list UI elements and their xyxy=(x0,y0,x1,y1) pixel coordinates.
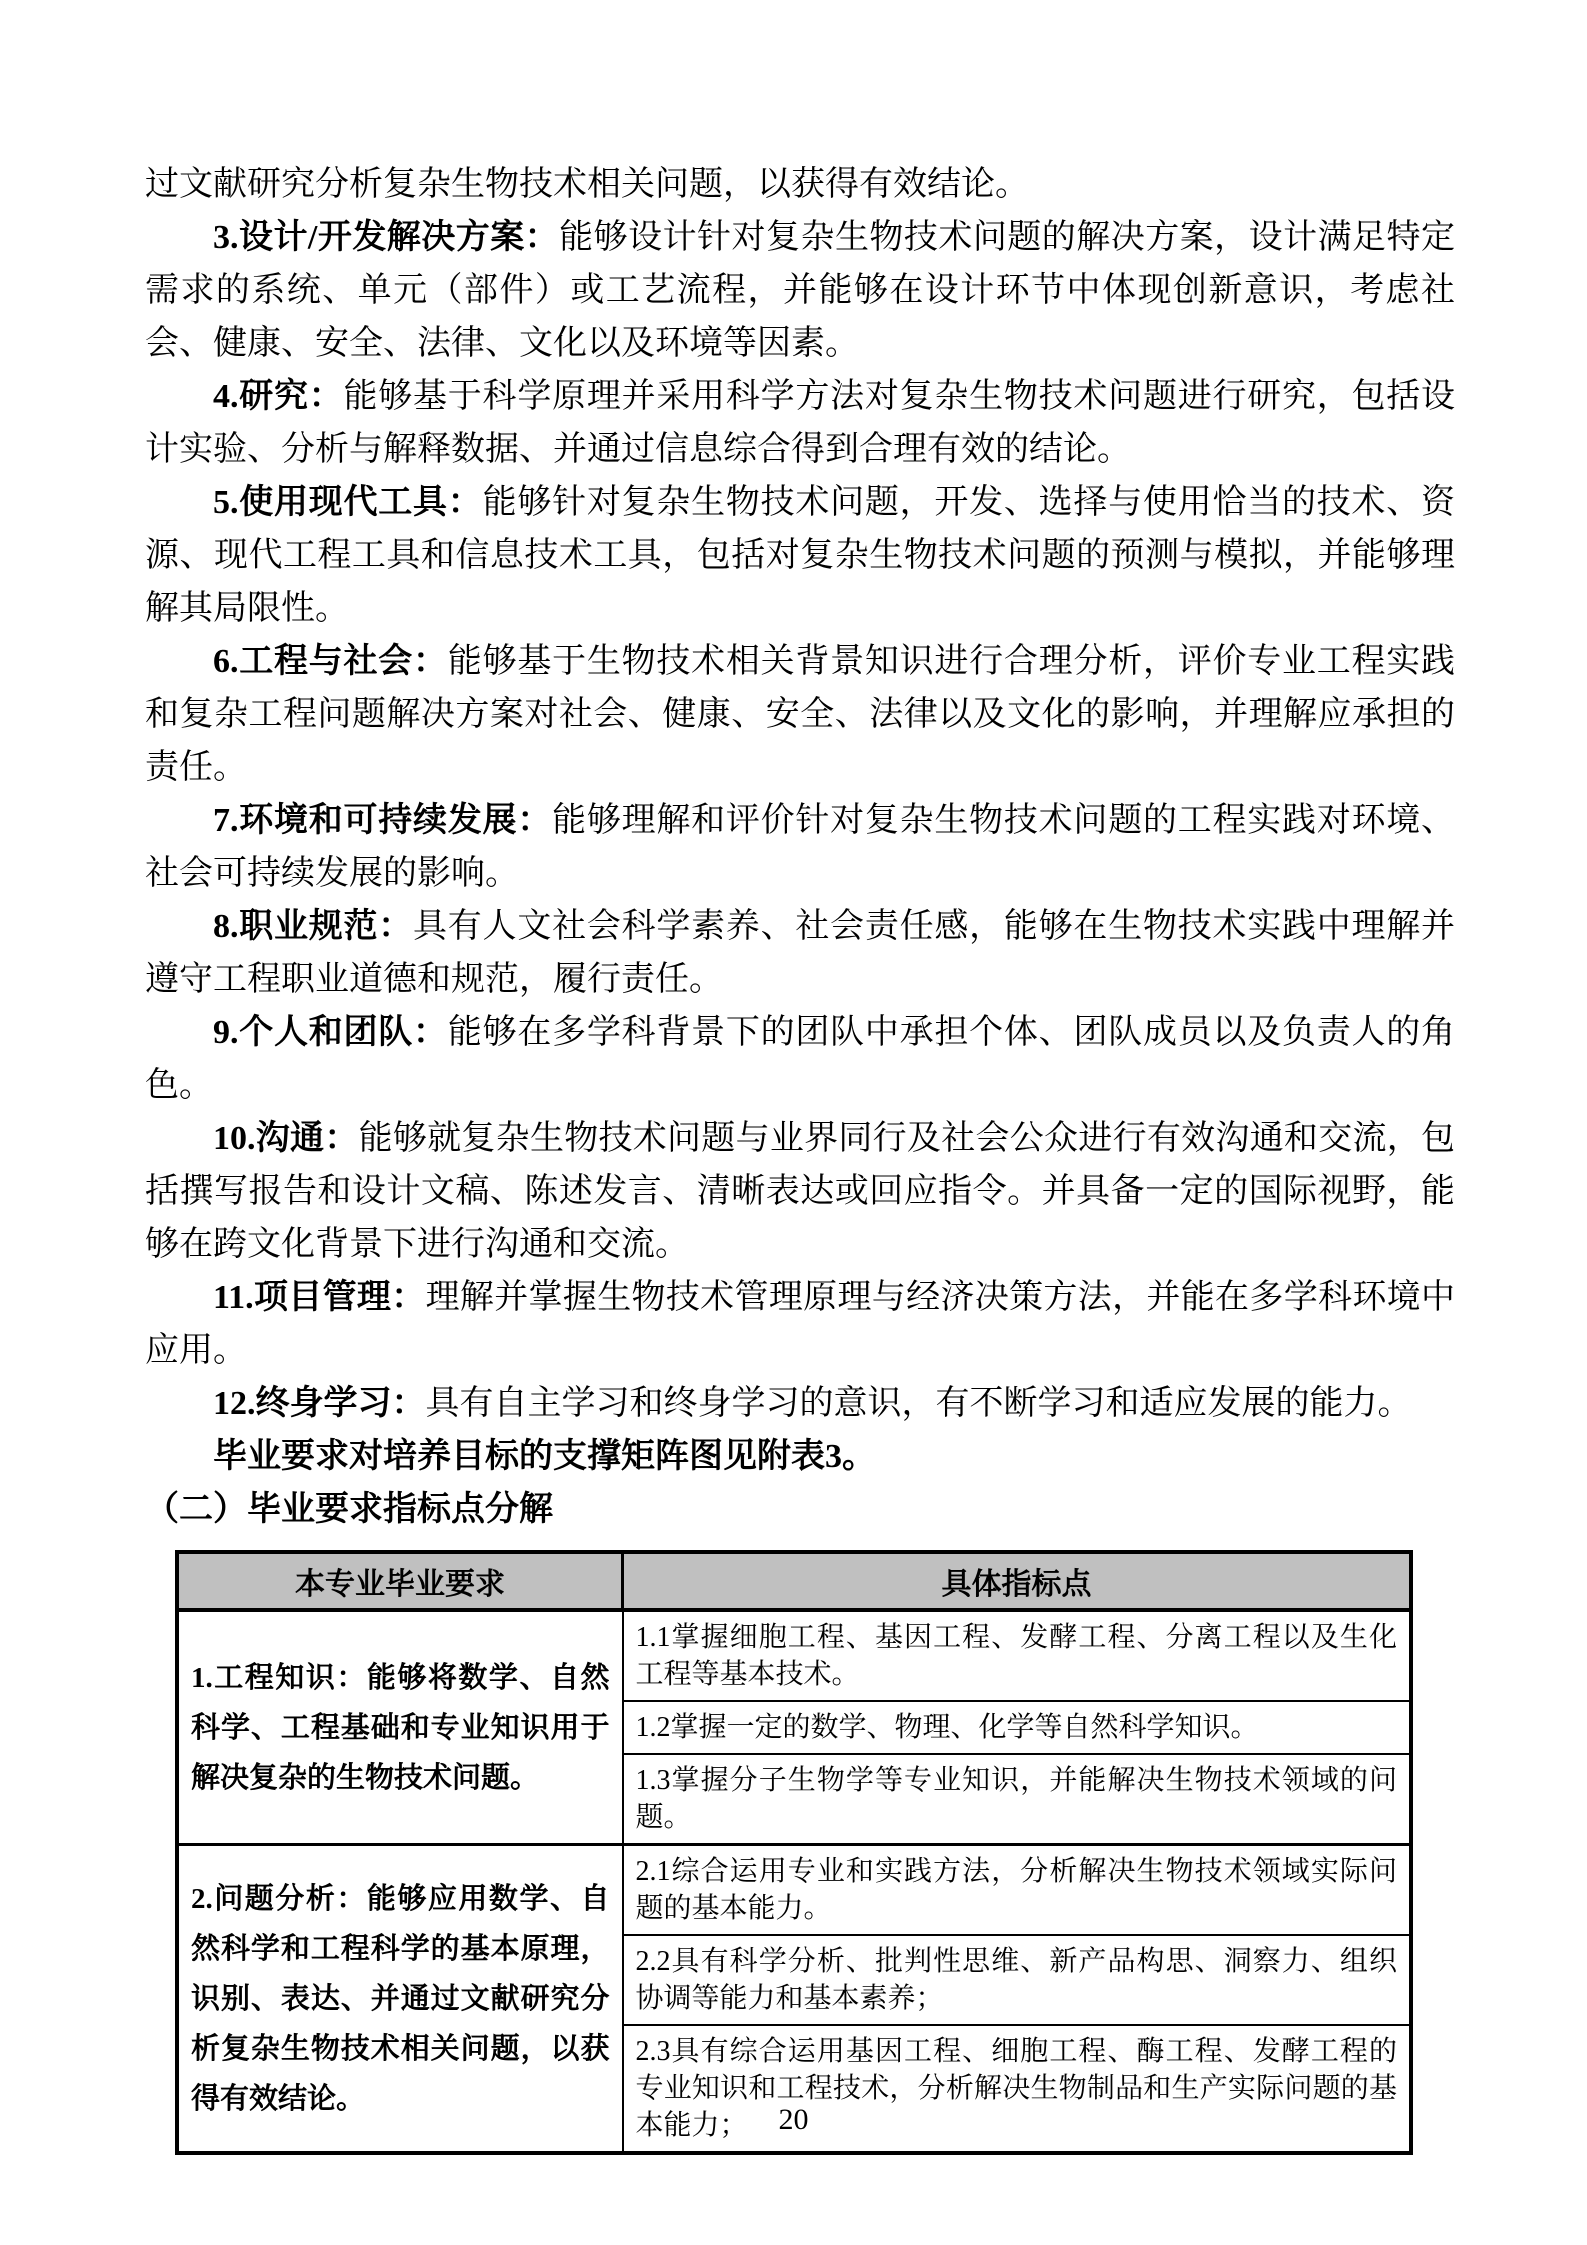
indicator-cell-2-2: 2.2具有科学分析、批判性思维、新产品构思、洞察力、组织协调等能力和基本素养； xyxy=(623,1935,1412,2025)
section-heading: （二）毕业要求指标点分解 xyxy=(145,1483,1455,1536)
page-content: 过文献研究分析复杂生物技术相关问题，以获得有效结论。 3.设计/开发解决方案：能… xyxy=(145,158,1455,2155)
matrix-note: 毕业要求对培养目标的支撑矩阵图见附表3。 xyxy=(145,1430,1455,1483)
paragraph-continuation-text: 过文献研究分析复杂生物技术相关问题，以获得有效结论。 xyxy=(145,166,1029,203)
requirement-cell-1: 1.工程知识：能够将数学、自然科学、工程基础和专业知识用于解决复杂的生物技术问题… xyxy=(177,1610,623,1845)
paragraph-10-label: 10.沟通： xyxy=(213,1120,359,1157)
paragraph-9-label: 9.个人和团队： xyxy=(213,1014,448,1051)
requirements-table-head: 本专业毕业要求 具体指标点 xyxy=(177,1552,1411,1610)
paragraph-4-label: 4.研究： xyxy=(213,378,344,415)
paragraph-7-label: 7.环境和可持续发展： xyxy=(213,802,552,839)
paragraph-3-design-solutions: 3.设计/开发解决方案：能够设计针对复杂生物技术问题的解决方案，设计满足特定需求… xyxy=(145,211,1455,370)
paragraph-12-lifelong-learning: 12.终身学习：具有自主学习和终身学习的意识，有不断学习和适应发展的能力。 xyxy=(145,1377,1455,1430)
requirements-table-body: 1.工程知识：能够将数学、自然科学、工程基础和专业知识用于解决复杂的生物技术问题… xyxy=(177,1610,1411,2153)
table-header-indicator: 具体指标点 xyxy=(623,1552,1412,1610)
requirements-table: 本专业毕业要求 具体指标点 1.工程知识：能够将数学、自然科学、工程基础和专业知… xyxy=(175,1550,1413,2155)
paragraph-7-environment-sustainability: 7.环境和可持续发展：能够理解和评价针对复杂生物技术问题的工程实践对环境、社会可… xyxy=(145,794,1455,900)
paragraph-6-engineering-society: 6.工程与社会：能够基于生物技术相关背景知识进行合理分析，评价专业工程实践和复杂… xyxy=(145,635,1455,794)
paragraph-8-label: 8.职业规范： xyxy=(213,908,413,945)
paragraph-continuation: 过文献研究分析复杂生物技术相关问题，以获得有效结论。 xyxy=(145,158,1455,211)
table-header-row: 本专业毕业要求 具体指标点 xyxy=(177,1552,1411,1610)
paragraph-9-individual-team: 9.个人和团队：能够在多学科背景下的团队中承担个体、团队成员以及负责人的角色。 xyxy=(145,1006,1455,1112)
paragraph-11-project-management: 11.项目管理：理解并掌握生物技术管理原理与经济决策方法，并能在多学科环境中应用… xyxy=(145,1271,1455,1377)
table-row: 2.问题分析：能够应用数学、自然科学和工程科学的基本原理，识别、表达、并通过文献… xyxy=(177,1845,1411,1936)
paragraph-12-label: 12.终身学习： xyxy=(213,1385,426,1422)
paragraph-4-research: 4.研究：能够基于科学原理并采用科学方法对复杂生物技术问题进行研究，包括设计实验… xyxy=(145,370,1455,476)
indicator-cell-2-1: 2.1综合运用专业和实践方法，分析解决生物技术领域实际问题的基本能力。 xyxy=(623,1845,1412,1936)
table-row: 1.工程知识：能够将数学、自然科学、工程基础和专业知识用于解决复杂的生物技术问题… xyxy=(177,1610,1411,1701)
paragraph-5-label: 5.使用现代工具： xyxy=(213,484,483,521)
indicator-cell-1-2: 1.2掌握一定的数学、物理、化学等自然科学知识。 xyxy=(623,1701,1412,1754)
table-header-requirement: 本专业毕业要求 xyxy=(177,1552,623,1610)
paragraph-10-communication: 10.沟通：能够就复杂生物技术问题与业界同行及社会公众进行有效沟通和交流，包括撰… xyxy=(145,1112,1455,1271)
paragraph-8-professional-norms: 8.职业规范：具有人文社会科学素养、社会责任感，能够在生物技术实践中理解并遵守工… xyxy=(145,900,1455,1006)
paragraph-6-label: 6.工程与社会： xyxy=(213,643,448,680)
document-page: 过文献研究分析复杂生物技术相关问题，以获得有效结论。 3.设计/开发解决方案：能… xyxy=(0,0,1587,2245)
paragraph-11-label: 11.项目管理： xyxy=(213,1279,426,1316)
indicator-cell-1-3: 1.3掌握分子生物学等专业知识，并能解决生物技术领域的问题。 xyxy=(623,1754,1412,1845)
paragraph-12-text: 具有自主学习和终身学习的意识，有不断学习和适应发展的能力。 xyxy=(426,1385,1412,1422)
page-number: 20 xyxy=(0,2102,1587,2138)
paragraph-5-modern-tools: 5.使用现代工具：能够针对复杂生物技术问题，开发、选择与使用恰当的技术、资源、现… xyxy=(145,476,1455,635)
paragraph-3-label: 3.设计/开发解决方案： xyxy=(213,219,559,256)
indicator-cell-1-1: 1.1掌握细胞工程、基因工程、发酵工程、分离工程以及生化工程等基本技术。 xyxy=(623,1610,1412,1701)
